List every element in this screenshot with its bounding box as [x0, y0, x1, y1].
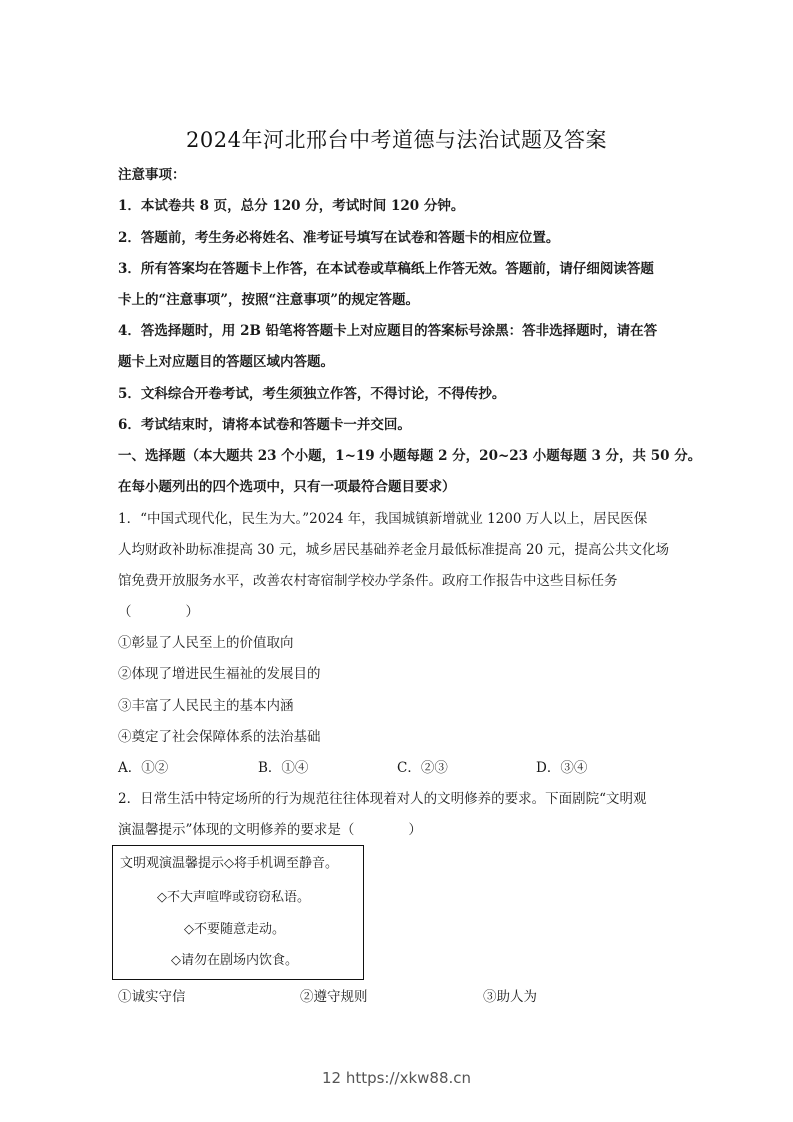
question-1-stem: 馆免费开放服务水平，改善农村寄宿制学校办学条件。政府工作报告中这些目标任务	[118, 572, 618, 590]
notice-item: 1．本试卷共 8 页，总分 120 分，考试时间 120 分钟。	[118, 197, 464, 215]
notice-item: 题卡上对应题目的答题区域内答题。	[118, 353, 334, 371]
document-page: 2024年河北邢台中考道德与法治试题及答案 注意事项： 1．本试卷共 8 页，总…	[0, 0, 793, 1122]
question-1-statement: ④奠定了社会保障体系的法治基础	[118, 728, 321, 746]
notice-item: 卡上的“注意事项”，按照“注意事项”的规定答题。	[118, 291, 419, 309]
theater-notice-line: ◇不大声喧哗或窃窃私语。	[157, 889, 310, 907]
section-instruction: 在每小题列出的四个选项中，只有一项最符合题目要求）	[118, 478, 456, 496]
question-2-stem: 2．日常生活中特定场所的行为规范往往体现着对人的文明修养的要求。下面剧院“文明观	[118, 790, 647, 808]
notice-item: 3．所有答案均在答题卡上作答，在本试卷或草稿纸上作答无效。答题前，请仔细阅读答题	[118, 260, 654, 278]
question-2-stem: 演温馨提示”体现的文明修养的要求是（ ）	[118, 821, 422, 839]
page-footer: 12 https://xkw88.cn	[0, 1069, 793, 1087]
question-2-statement: ①诚实守信	[118, 988, 186, 1006]
question-1-statement: ②体现了增进民生福祉的发展目的	[118, 665, 321, 683]
theater-notice-box: 文明观演温馨提示◇将手机调至静音。 ◇不大声喧哗或窃窃私语。 ◇不要随意走动。 …	[112, 845, 364, 980]
question-1-statement: ①彰显了人民至上的价值取向	[118, 634, 294, 652]
question-1-blank: （ ）	[118, 603, 199, 621]
section-heading: 一、选择题（本大题共 23 个小题，1~19 小题每题 2 分，20~23 小题…	[118, 447, 701, 465]
notice-item: 5．文科综合开卷考试，考生须独立作答，不得讨论，不得传抄。	[118, 385, 505, 403]
theater-notice-line: ◇请勿在剧场内饮食。	[171, 952, 298, 970]
notice-item: 4．答选择题时，用 2B 铅笔将答题卡上对应题目的答案标号涂黑：答非选择题时，请…	[118, 322, 657, 340]
question-1-option-a: A．①②	[118, 759, 168, 777]
notice-heading: 注意事项：	[118, 166, 186, 184]
question-2-statement: ③助人为	[483, 988, 537, 1006]
question-1-option-d: D．③④	[536, 759, 587, 777]
question-1-option-c: C．②③	[397, 759, 448, 777]
theater-notice-line: ◇不要随意走动。	[184, 921, 285, 939]
notice-item: 6．考试结束时，请将本试卷和答题卡一并交回。	[118, 416, 411, 434]
theater-notice-line: 文明观演温馨提示◇将手机调至静音。	[120, 855, 338, 873]
question-2-statement: ②遵守规则	[300, 988, 368, 1006]
question-1-statement: ③丰富了人民民主的基本内涵	[118, 697, 294, 715]
question-1-stem: 1．“中国式现代化，民生为大。”2024 年，我国城镇新增就业 1200 万人以…	[118, 510, 647, 528]
notice-item: 2．答题前，考生务必将姓名、准考证号填写在试卷和答题卡的相应位置。	[118, 229, 559, 247]
question-1-stem: 人均财政补助标准提高 30 元，城乡居民基础养老金月最低标准提高 20 元，提高…	[118, 541, 669, 559]
page-title: 2024年河北邢台中考道德与法治试题及答案	[0, 124, 793, 154]
question-1-option-b: B．①④	[258, 759, 308, 777]
